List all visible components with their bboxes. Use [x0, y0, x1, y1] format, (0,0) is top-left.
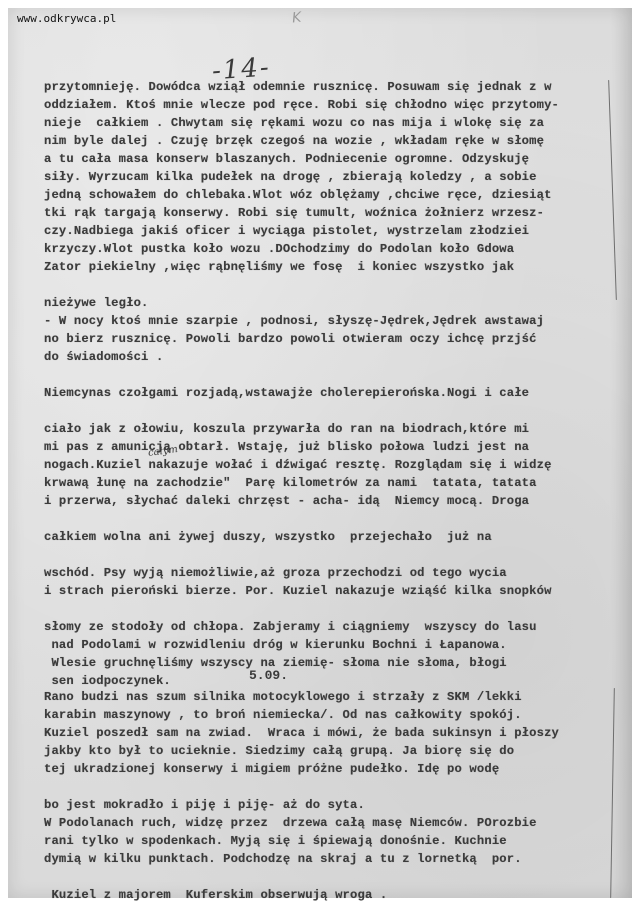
- text-line: ciało jak z ołowiu, koszula przywarła do…: [44, 420, 559, 438]
- text-line: oddziałem. Ktoś mnie wlecze pod ręce. Ro…: [44, 96, 559, 114]
- text-line: [44, 546, 559, 564]
- text-line: karabin maszynowy , to broń niemiecka/. …: [44, 706, 559, 724]
- text-line: Kuziel poszedł sam na zwiad. Wraca i mów…: [44, 724, 559, 742]
- text-line: tej ukradzionej konserwy i migiem próżne…: [44, 760, 559, 778]
- text-line: jedną schowałem do chlebaka.Wlot wóz obl…: [44, 186, 559, 204]
- text-line: całkiem wolna ani żywej duszy, wszystko …: [44, 528, 559, 546]
- text-line: do świadomości .: [44, 348, 559, 366]
- text-line: W Podolanach ruch, widzę przez drzewa ca…: [44, 814, 559, 832]
- text-line: wschód. Psy wyją niemożliwie,aż groza pr…: [44, 564, 559, 582]
- text-line: [44, 778, 559, 796]
- text-line: [44, 510, 559, 528]
- text-line: i przerwa, słychać daleki chrzęst - acha…: [44, 492, 559, 510]
- text-line: nogach.Kuziel nakazuje wołać i dźwigać r…: [44, 456, 559, 474]
- text-line: słomy ze stodoły od chłopa. Zabjeramy i …: [44, 618, 559, 636]
- text-line: [44, 868, 559, 886]
- text-line: no bierz rusznicę. Powoli bardzo powoli …: [44, 330, 559, 348]
- text-line: mi pas z amunicją obtarł. Wstaję, już bl…: [44, 438, 559, 456]
- text-line: jakby kto był to ucieknie. Siedzimy całą…: [44, 742, 559, 760]
- text-line: i strach pieroński bierze. Por. Kuziel n…: [44, 582, 559, 600]
- text-line: rani tylko w spodenkach. Myją się i śpie…: [44, 832, 559, 850]
- text-line: siły. Wyrzucam kilka pudełek na drogę , …: [44, 168, 559, 186]
- date-heading: 5.09.: [249, 668, 288, 683]
- text-line: [44, 402, 559, 420]
- text-line: Zator piekielny ,więc rąbnęliśmy we fosę…: [44, 258, 559, 276]
- typewritten-paragraphs: Rano budzi nas szum silnika motocykloweg…: [44, 688, 559, 904]
- text-line: [44, 600, 559, 618]
- typewritten-paragraphs: przytomnieję. Dowódca wziął odemnie rusz…: [44, 78, 559, 690]
- text-line: nad Podolami w rozwidleniu dróg w kierun…: [44, 636, 559, 654]
- text-line: krwawą łunę na zachodzie" Parę kilometró…: [44, 474, 559, 492]
- text-line: Rano budzi nas szum silnika motocykloweg…: [44, 688, 559, 706]
- handwritten-corner-mark: K: [291, 10, 302, 27]
- text-line: Kuziel z majorem Kuferskim obserwują wro…: [44, 886, 559, 904]
- text-line: [44, 366, 559, 384]
- text-line: nieje całkiem . Chwytam się rękami wozu …: [44, 114, 559, 132]
- text-line: [44, 276, 559, 294]
- text-line: - W nocy ktoś mnie szarpie , podnosi, sł…: [44, 312, 559, 330]
- text-line: krzyczy.Wlot pustka koło wozu .DOchodzim…: [44, 240, 559, 258]
- text-line: dymią w kilku punktach. Podchodzę na skr…: [44, 850, 559, 868]
- text-line: czy.Nadbiega jakiś oficer i wyciąga pist…: [44, 222, 559, 240]
- text-line: nim byle dalej . Czuję brzęk czegoś na w…: [44, 132, 559, 150]
- text-line: tki rąk targają konserwy. Robi się tumul…: [44, 204, 559, 222]
- text-line: bo jest mokradło i piję i piję- aż do sy…: [44, 796, 559, 814]
- text-line: przytomnieję. Dowódca wziął odemnie rusz…: [44, 78, 559, 96]
- text-line: nieżywe legło.: [44, 294, 559, 312]
- text-line: a tu cała masa konserw blaszanych. Podni…: [44, 150, 559, 168]
- text-line: Wlesie gruchnęliśmy wszyscy na ziemię- s…: [44, 654, 559, 672]
- site-watermark: www.odkrywca.pl: [17, 12, 116, 25]
- text-line: Niemcynas czołgami rozjadą,wstawajże cho…: [44, 384, 559, 402]
